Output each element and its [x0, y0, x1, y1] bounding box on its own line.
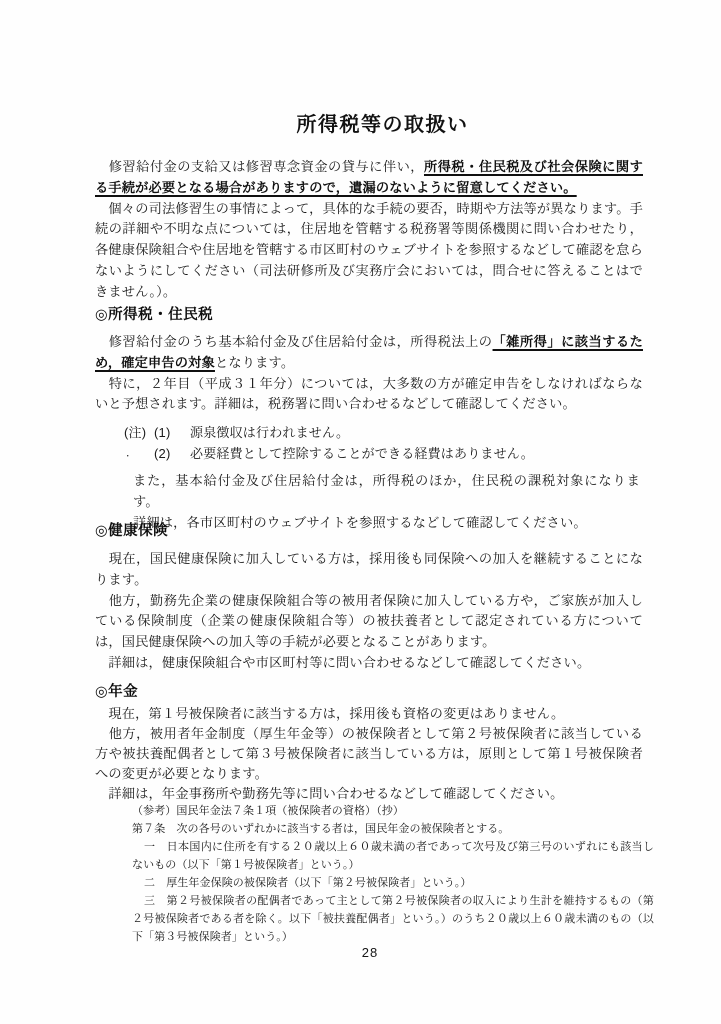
intro-paragraph-1: 修習給付金の支給又は修習専念資金の貸与に伴い，所得税・住民税及び社会保険に関する… — [95, 157, 643, 199]
pension-paragraph-3: 詳細は，年金事務所や勤務先等に問い合わせるなどして確認してください。 — [95, 784, 643, 804]
note-line-2: ．(2)必要経費として控除することができる経費はありません。 — [124, 443, 636, 464]
note-1-text: 源泉徴収は行われません。 — [190, 422, 636, 443]
reference-article-7: 第７条 次の各号のいずれかに該当する者は，国民年金の被保険者とする。 — [132, 820, 654, 838]
pension-paragraph-1: 現在，第１号被保険者に該当する方は，採用後も資格の変更はありません。 — [95, 704, 643, 724]
note-2-number: (2) — [154, 443, 190, 464]
note-2-text: 必要経費として控除することができる経費はありません。 — [190, 443, 636, 464]
pension-paragraph-2: 他方，被用者年金制度（厚生年金等）の被保険者として第２号被保険者に該当している方… — [95, 724, 643, 784]
residence-tax-paragraph-2: 詳細は，各市区町村のウェブサイトを参照するなどして確認してください。 — [133, 513, 640, 534]
income-tax-section: 修習給付金のうち基本給付金及び住居給付金は，所得税法上の「雑所得」に該当するため… — [95, 332, 643, 415]
pension-law-reference-block: （参考）国民年金法７条１項（被保険者の資格）（抄） 第７条 次の各号のいずれかに… — [132, 802, 654, 946]
reference-item-3: 三 第２号被保険者の配偶者であって主として第２号被保険者の収入により生計を維持す… — [132, 892, 654, 946]
document-page: 所得税等の取扱い 修習給付金の支給又は修習専念資金の貸与に伴い，所得税・住民税及… — [0, 0, 721, 1024]
residence-tax-paragraph-1: また，基本給付金及び住居給付金は，所得税のほか，住民税の課税対象になります。 — [133, 471, 640, 513]
pension-section: 現在，第１号被保険者に該当する方は，採用後も資格の変更はありません。 他方，被用… — [95, 704, 643, 804]
income-tax-paragraph-1-pre: 修習給付金のうち基本給付金及び住居給付金は，所得税法上の — [95, 334, 493, 349]
reference-item-1: 一 日本国内に住所を有する２０歳以上６０歳未満の者であって次号及び第三号のいずれ… — [132, 838, 654, 874]
intro-section: 修習給付金の支給又は修習専念資金の貸与に伴い，所得税・住民税及び社会保険に関する… — [95, 157, 643, 303]
note-1-number: (1) — [154, 422, 190, 443]
page-title: 所得税等の取扱い — [110, 108, 655, 137]
note-line-1: (注)(1)源泉徴収は行われません。 — [124, 422, 636, 443]
health-insurance-paragraph-2: 他方，勤務先企業の健康保険組合等の被用者保険に加入している方や，ご家族が加入して… — [95, 591, 643, 653]
intro-paragraph-1-text: 修習給付金の支給又は修習専念資金の貸与に伴い， — [95, 159, 424, 174]
income-tax-paragraph-1: 修習給付金のうち基本給付金及び住居給付金は，所得税法上の「雑所得」に該当するため… — [95, 332, 643, 374]
health-insurance-section: 現在，国民健康保険に加入している方は，採用後も同保険への加入を継続することになり… — [95, 549, 643, 674]
reference-item-2: 二 厚生年金保険の被保険者（以下「第２号被保険者」という。） — [132, 874, 654, 892]
section-heading-pension: ◎年金 — [95, 680, 138, 701]
stray-dot-artifact: ． — [124, 443, 154, 464]
income-tax-paragraph-2: 特に，２年目（平成３１年分）については，大多数の方が確定申告をしなければならない… — [95, 374, 643, 416]
page-number: 28 — [95, 945, 645, 960]
section-heading-income-residence-tax: ◎所得税・住民税 — [95, 303, 213, 324]
residence-tax-block: また，基本給付金及び住居給付金は，所得税のほか，住民税の課税対象になります。 詳… — [133, 471, 640, 533]
health-insurance-paragraph-1: 現在，国民健康保険に加入している方は，採用後も同保険への加入を継続することになり… — [95, 549, 643, 591]
reference-title: （参考）国民年金法７条１項（被保険者の資格）（抄） — [132, 802, 654, 820]
section-heading-health-insurance: ◎健康保険 — [95, 519, 168, 540]
note-label: (注) — [124, 422, 154, 443]
income-tax-paragraph-1-post: となります。 — [215, 355, 294, 370]
intro-paragraph-2: 個々の司法修習生の事情によって，具体的な手続の要否，時期や方法等が異なります。手… — [95, 199, 643, 303]
health-insurance-paragraph-3: 詳細は，健康保険組合や市区町村等に問い合わせるなどして確認してください。 — [95, 653, 643, 674]
note-block: (注)(1)源泉徴収は行われません。 ．(2)必要経費として控除することができる… — [124, 422, 636, 464]
